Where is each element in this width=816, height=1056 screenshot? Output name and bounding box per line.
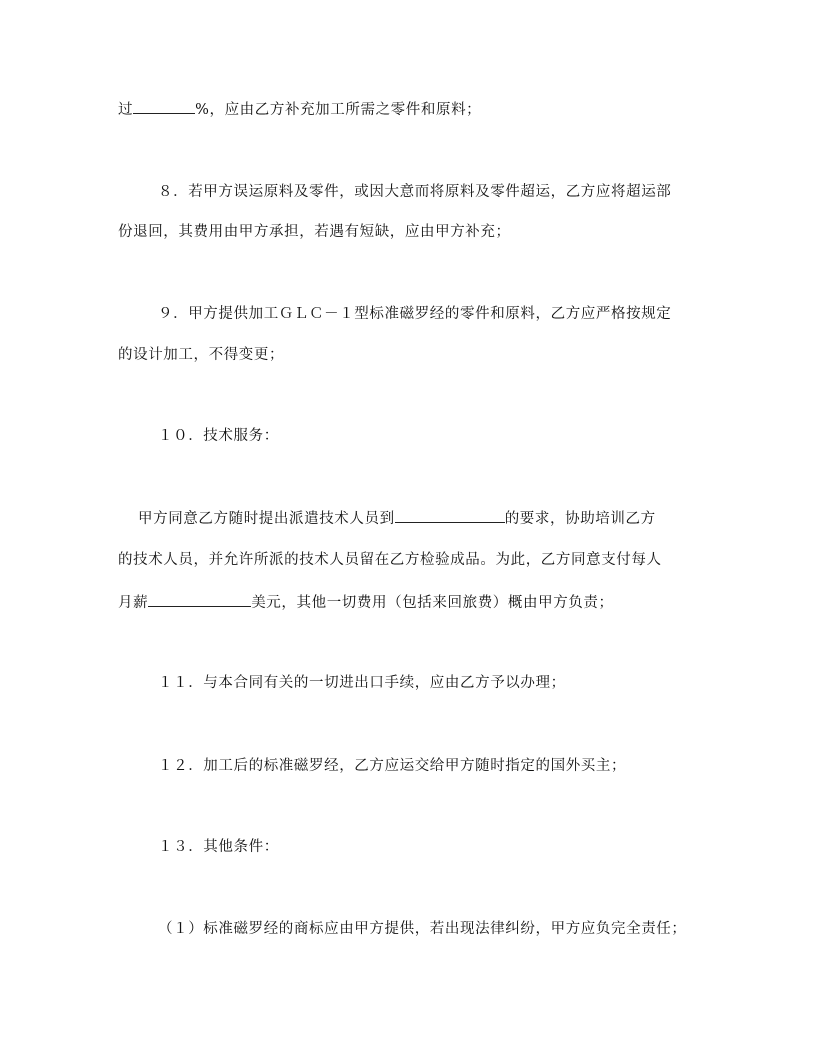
clause-11: １１．与本合同有关的一切进出口手续，应由乙方予以办理； bbox=[158, 673, 566, 693]
clause-13-heading: １３．其他条件： bbox=[158, 837, 279, 857]
clause-13-item-1: （１）标准磁罗经的商标应由甲方提供，若出现法律纠纷，甲方应负完全责任； bbox=[158, 919, 687, 939]
clause-10-line-1: 甲方同意乙方随时提出派遣技术人员到的要求，协助培训乙方 bbox=[138, 508, 656, 529]
clause-9-line-1: ９．甲方提供加工ＧＬＣ－１型标准磁罗经的零件和原料，乙方应严格按规定 bbox=[158, 304, 671, 324]
clause-10-heading: １０．技术服务： bbox=[158, 426, 279, 446]
clause-9-line-2: 的设计加工，不得变更； bbox=[118, 345, 284, 365]
text-segment: %，应由乙方补充加工所需之零件和原料； bbox=[195, 102, 481, 118]
paragraph-7-continuation: 过%，应由乙方补充加工所需之零件和原料； bbox=[118, 99, 481, 120]
text-segment: 的要求，协助培训乙方 bbox=[505, 511, 656, 527]
fill-in-blank-salary[interactable] bbox=[148, 592, 251, 607]
clause-8-line-2: 份退回，其费用由甲方承担，若遇有短缺，应由甲方补充； bbox=[118, 222, 511, 242]
text-segment: 月薪 bbox=[118, 595, 148, 611]
fill-in-blank-location[interactable] bbox=[395, 508, 505, 523]
text-segment: 过 bbox=[118, 102, 133, 118]
text-segment: 甲方同意乙方随时提出派遣技术人员到 bbox=[138, 511, 395, 527]
clause-10-line-2: 的技术人员，并允许所派的技术人员留在乙方检验成品。为此，乙方同意支付每人 bbox=[118, 550, 662, 570]
clause-10-line-3: 月薪美元，其他一切费用（包括来回旅费）概由甲方负责； bbox=[118, 592, 614, 613]
fill-in-blank-percentage[interactable] bbox=[133, 99, 195, 114]
clause-8-line-1: ８．若甲方误运原料及零件，或因大意而将原料及零件超运，乙方应将超运部 bbox=[158, 182, 671, 202]
text-segment: 美元，其他一切费用（包括来回旅费）概由甲方负责； bbox=[251, 595, 613, 611]
clause-12: １２．加工后的标准磁罗经，乙方应运交给甲方随时指定的国外买主； bbox=[158, 756, 626, 776]
